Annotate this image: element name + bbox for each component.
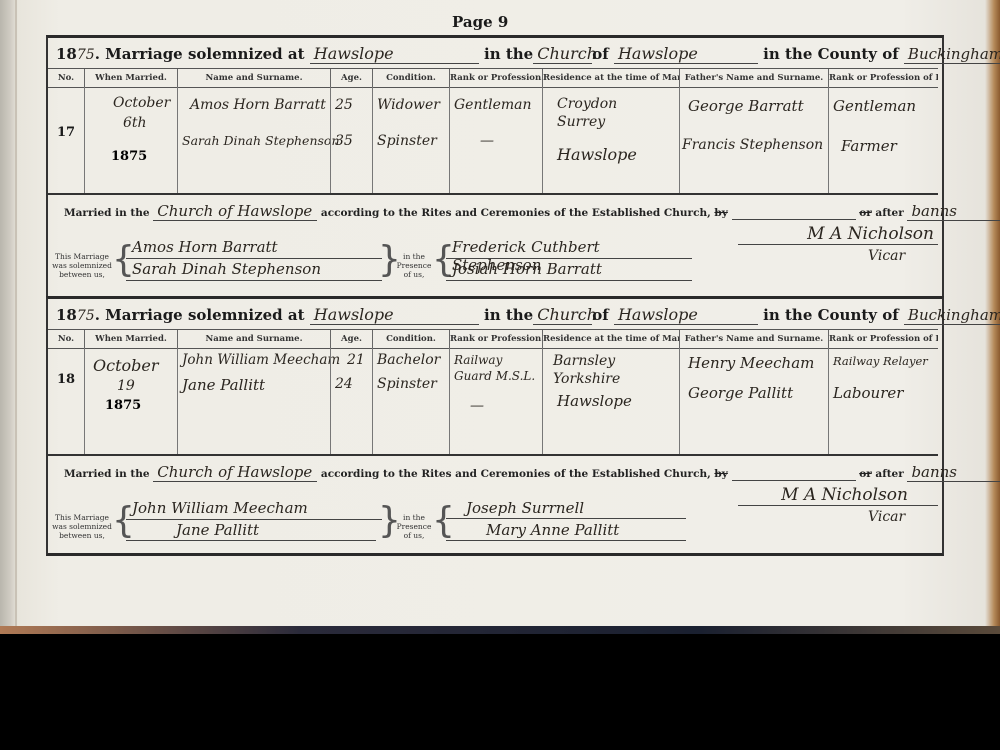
fathers: Henry Meecham George Pallitt [679,348,828,454]
residences: Croydon Surrey Hawslope [542,87,679,193]
father-ranks: Railway Relayer Labourer [828,348,938,454]
place-field: Hawslope [310,305,479,325]
col-residence: Residence at the time of Marriage. [542,69,679,87]
married-in-line: Married in the Church of Hawslope accord… [64,202,1000,221]
col-no: No. [48,69,84,87]
names: John William Meecham Jane Pallitt [177,348,330,454]
place-field: Hawslope [310,44,479,64]
col-father-rank: Rank or Profession of Father. [828,69,938,87]
label-by: by [714,468,727,480]
label-in-the: in the [484,306,533,324]
names: Amos Horn Barratt Sarah Dinah Stephenson [177,87,330,193]
after-field: banns [907,463,1000,482]
officiant-role: Vicar [868,248,905,264]
residences: Barnsley Yorkshire Hawslope [542,348,679,454]
married-in-field: Church of Hawslope [153,463,317,482]
witness-signature-2: Mary Anne Pallitt [446,521,686,541]
marriage-entry-17: 1875. Marriage solemnized at Hawslope in… [46,35,944,296]
col-condition: Condition. [372,69,449,87]
entry-number: 18 [48,348,84,454]
conditions: Widower Spinster [372,87,449,193]
entry-title: 1875. Marriage solemnized at Hawslope in… [56,44,1000,64]
label-this-marriage: This Marriage was solemnized between us, [52,513,112,540]
table-row: 18 October 19 1875 John William Meecham … [48,348,938,456]
year-prefix: 18 [56,306,77,324]
table-row: 17 October 6th 1875 Amos Horn Barratt Sa… [48,87,938,195]
label-in-the: in the [484,45,533,63]
col-when: When Married. [84,330,177,348]
label-county: in the County of [763,306,899,324]
after-field: banns [907,202,1000,221]
witness-signature-2: Josiah Horn Barratt [446,260,692,281]
ages: 25 35 [330,87,372,193]
marriage-entry-18: 1875. Marriage solemnized at Hawslope in… [46,296,944,556]
book-spine [15,0,17,632]
witness-signature-1: Frederick Cuthbert Stephenson [446,238,692,259]
entry-title: 1875. Marriage solemnized at Hawslope in… [56,305,1000,325]
party-signature-bride: Jane Pallitt [126,521,376,541]
party-signature-groom: Amos Horn Barratt [126,238,382,259]
label-according: according to the Rites and Ceremonies of… [321,468,711,480]
county-field: Buckingham [904,306,1000,325]
col-name: Name and Surname. [177,69,330,87]
church-field: Church [533,305,592,325]
label-county: in the County of [763,45,899,63]
year-prefix: 18 [56,45,77,63]
label-married-in: Married in the [64,468,150,480]
officiant-signature: M A Nicholson [738,485,938,506]
label-by: by [714,207,727,219]
ranks: Gentleman — [449,87,542,193]
col-condition: Condition. [372,330,449,348]
label-presence: in the Presence of us, [392,513,436,540]
married-in-line: Married in the Church of Hawslope accord… [64,463,1000,482]
party-signature-groom: John William Meecham [126,499,382,520]
county-field: Buckingham [904,45,1000,64]
ages: 21 24 [330,348,372,454]
col-name: Name and Surname. [177,330,330,348]
church-field: Church [533,44,592,64]
label-of: of [592,45,608,63]
party-signature-bride: Sarah Dinah Stephenson [126,260,382,281]
when-married: October 6th 1875 [84,87,177,193]
label-married-in: Married in the [64,207,150,219]
witness-signature-1: Joseph Surrnell [446,499,686,519]
col-rank: Rank or Profession. [449,69,542,87]
label-according: according to the Rites and Ceremonies of… [321,207,711,219]
label-presence: in the Presence of us, [392,252,436,279]
col-father-rank: Rank or Profession of Father. [828,330,938,348]
year-suffix: 75 [77,308,95,324]
col-father: Father's Name and Surname. [679,330,828,348]
page-number: Page 9 [452,13,508,31]
col-rank: Rank or Profession. [449,330,542,348]
col-father: Father's Name and Surname. [679,69,828,87]
officiant-signature: M A Nicholson [738,224,938,245]
officiant-role: Vicar [868,509,905,525]
label-of: of [592,306,608,324]
fathers: George Barratt Francis Stephenson [679,87,828,193]
col-age: Age. [330,69,372,87]
year-suffix: 75 [77,47,95,63]
label-solemnized: . Marriage solemnized at [95,45,305,63]
label-this-marriage: This Marriage was solemnized between us, [52,252,112,279]
conditions: Bachelor Spinster [372,348,449,454]
when-married: October 19 1875 [84,348,177,454]
parish-field: Hawslope [614,305,758,325]
married-in-field: Church of Hawslope [153,202,317,221]
father-ranks: Gentleman Farmer [828,87,938,193]
ranks: Railway Guard M.S.L. — [449,348,542,454]
col-no: No. [48,330,84,348]
column-headers: No. When Married. Name and Surname. Age.… [48,329,938,349]
entry-number: 17 [48,87,84,193]
label-solemnized: . Marriage solemnized at [95,306,305,324]
col-residence: Residence at the time of Marriage. [542,330,679,348]
column-headers: No. When Married. Name and Surname. Age.… [48,68,938,88]
col-when: When Married. [84,69,177,87]
col-age: Age. [330,330,372,348]
parish-field: Hawslope [614,44,758,64]
book-cover-edge [0,626,1000,634]
